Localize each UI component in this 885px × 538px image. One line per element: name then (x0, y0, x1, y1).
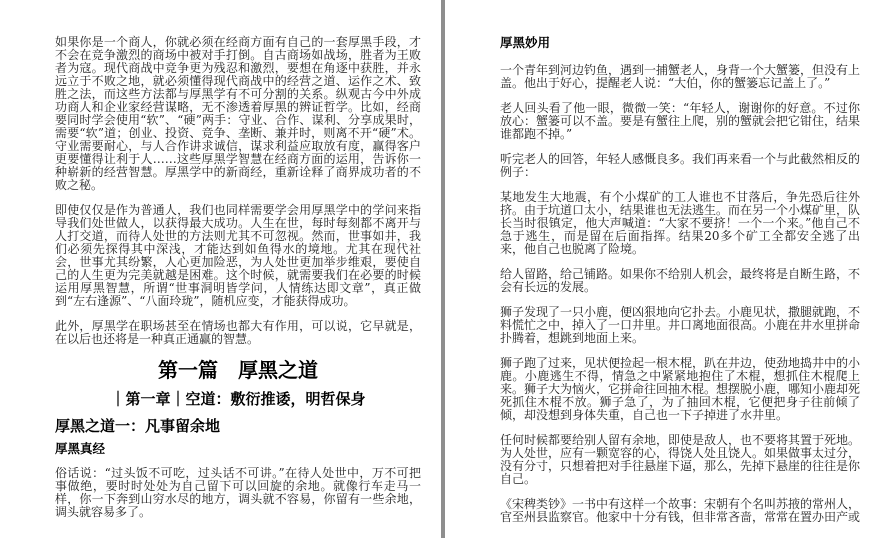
body-paragraph: 狮子发现了一只小鹿，便凶狠地向它扑去。小鹿见状，撒腿就跑，不料慌忙之中，掉入了一… (500, 306, 860, 345)
body-paragraph: 俗话说：“过头饭不可吃，过头话不可讲。”在待人处世中，万不可把事做绝，要时时处处… (55, 467, 421, 519)
left-page: 如果你是一个商人，你就必须在经商方面有自己的一套厚黑手段，才不会在竞争激烈的商场… (0, 0, 441, 538)
subheading-houhei-miaoyong: 厚黑妙用 (500, 36, 860, 50)
body-paragraph: 某地发生大地震，有个小煤矿的工人谁也不甘落后，争先恐后往外挤。由于坑道口太小，结… (500, 191, 860, 256)
chapter-title: ｜第一章｜空道：敷衍推诿，明哲保身 (55, 390, 421, 408)
body-paragraph: 一个青年到河边钓鱼，遇到一捕蟹老人，身背一个大蟹篓，但没有上盖。他出于好心，提醒… (500, 64, 860, 90)
body-paragraph: 任何时候都要给别人留有余地，即使是敌人，也不要将其置于死地。为人处世，应有一颗宽… (500, 434, 860, 486)
right-page: 厚黑妙用 一个青年到河边钓鱼，遇到一捕蟹老人，身背一个大蟹篓，但没有上盖。他出于… (445, 0, 885, 538)
intro-paragraph: 即使仅仅是作为普通人，我们也同样需要学会用厚黑学中的学问来指导我们处世做人，以获… (55, 204, 421, 308)
book-view: 如果你是一个商人，你就必须在经商方面有自己的一套厚黑手段，才不会在竞争激烈的商场… (0, 0, 885, 538)
body-paragraph: 老人回头看了他一眼，微微一笑：“年轻人，谢谢你的好意。不过你放心：蟹篓可以不盖。… (500, 102, 860, 141)
body-paragraph: 《宋稗类钞》一书中有这样一个故事：宋朝有个名叫苏掖的常州人，官至州县监察官。他家… (500, 498, 860, 524)
intro-paragraph: 此外，厚黑学在职场甚至在情场也都大有作用，可以说，它早就是，在以后也还将是一种真… (55, 320, 421, 346)
body-paragraph: 给人留路，给己铺路。如果你不给别人机会，最终将是自断生路，不会有长远的发展。 (500, 268, 860, 294)
intro-paragraph: 如果你是一个商人，你就必须在经商方面有自己的一套厚黑手段，才不会在竞争激烈的商场… (55, 36, 421, 192)
body-paragraph: 狮子跑了过来，见状便捡起一根木棍，趴在井边，使劲地捣井中的小鹿。小鹿逃生不得，情… (500, 357, 860, 422)
part-title: 第一篇 厚黑之道 (55, 358, 421, 382)
body-paragraph: 听完老人的回答，年轻人感慨良多。我们再来看一个与此截然相反的例子： (500, 153, 860, 179)
subheading-houhei-zhenjing: 厚黑真经 (55, 442, 421, 456)
section-title: 厚黑之道一：凡事留余地 (55, 417, 421, 435)
